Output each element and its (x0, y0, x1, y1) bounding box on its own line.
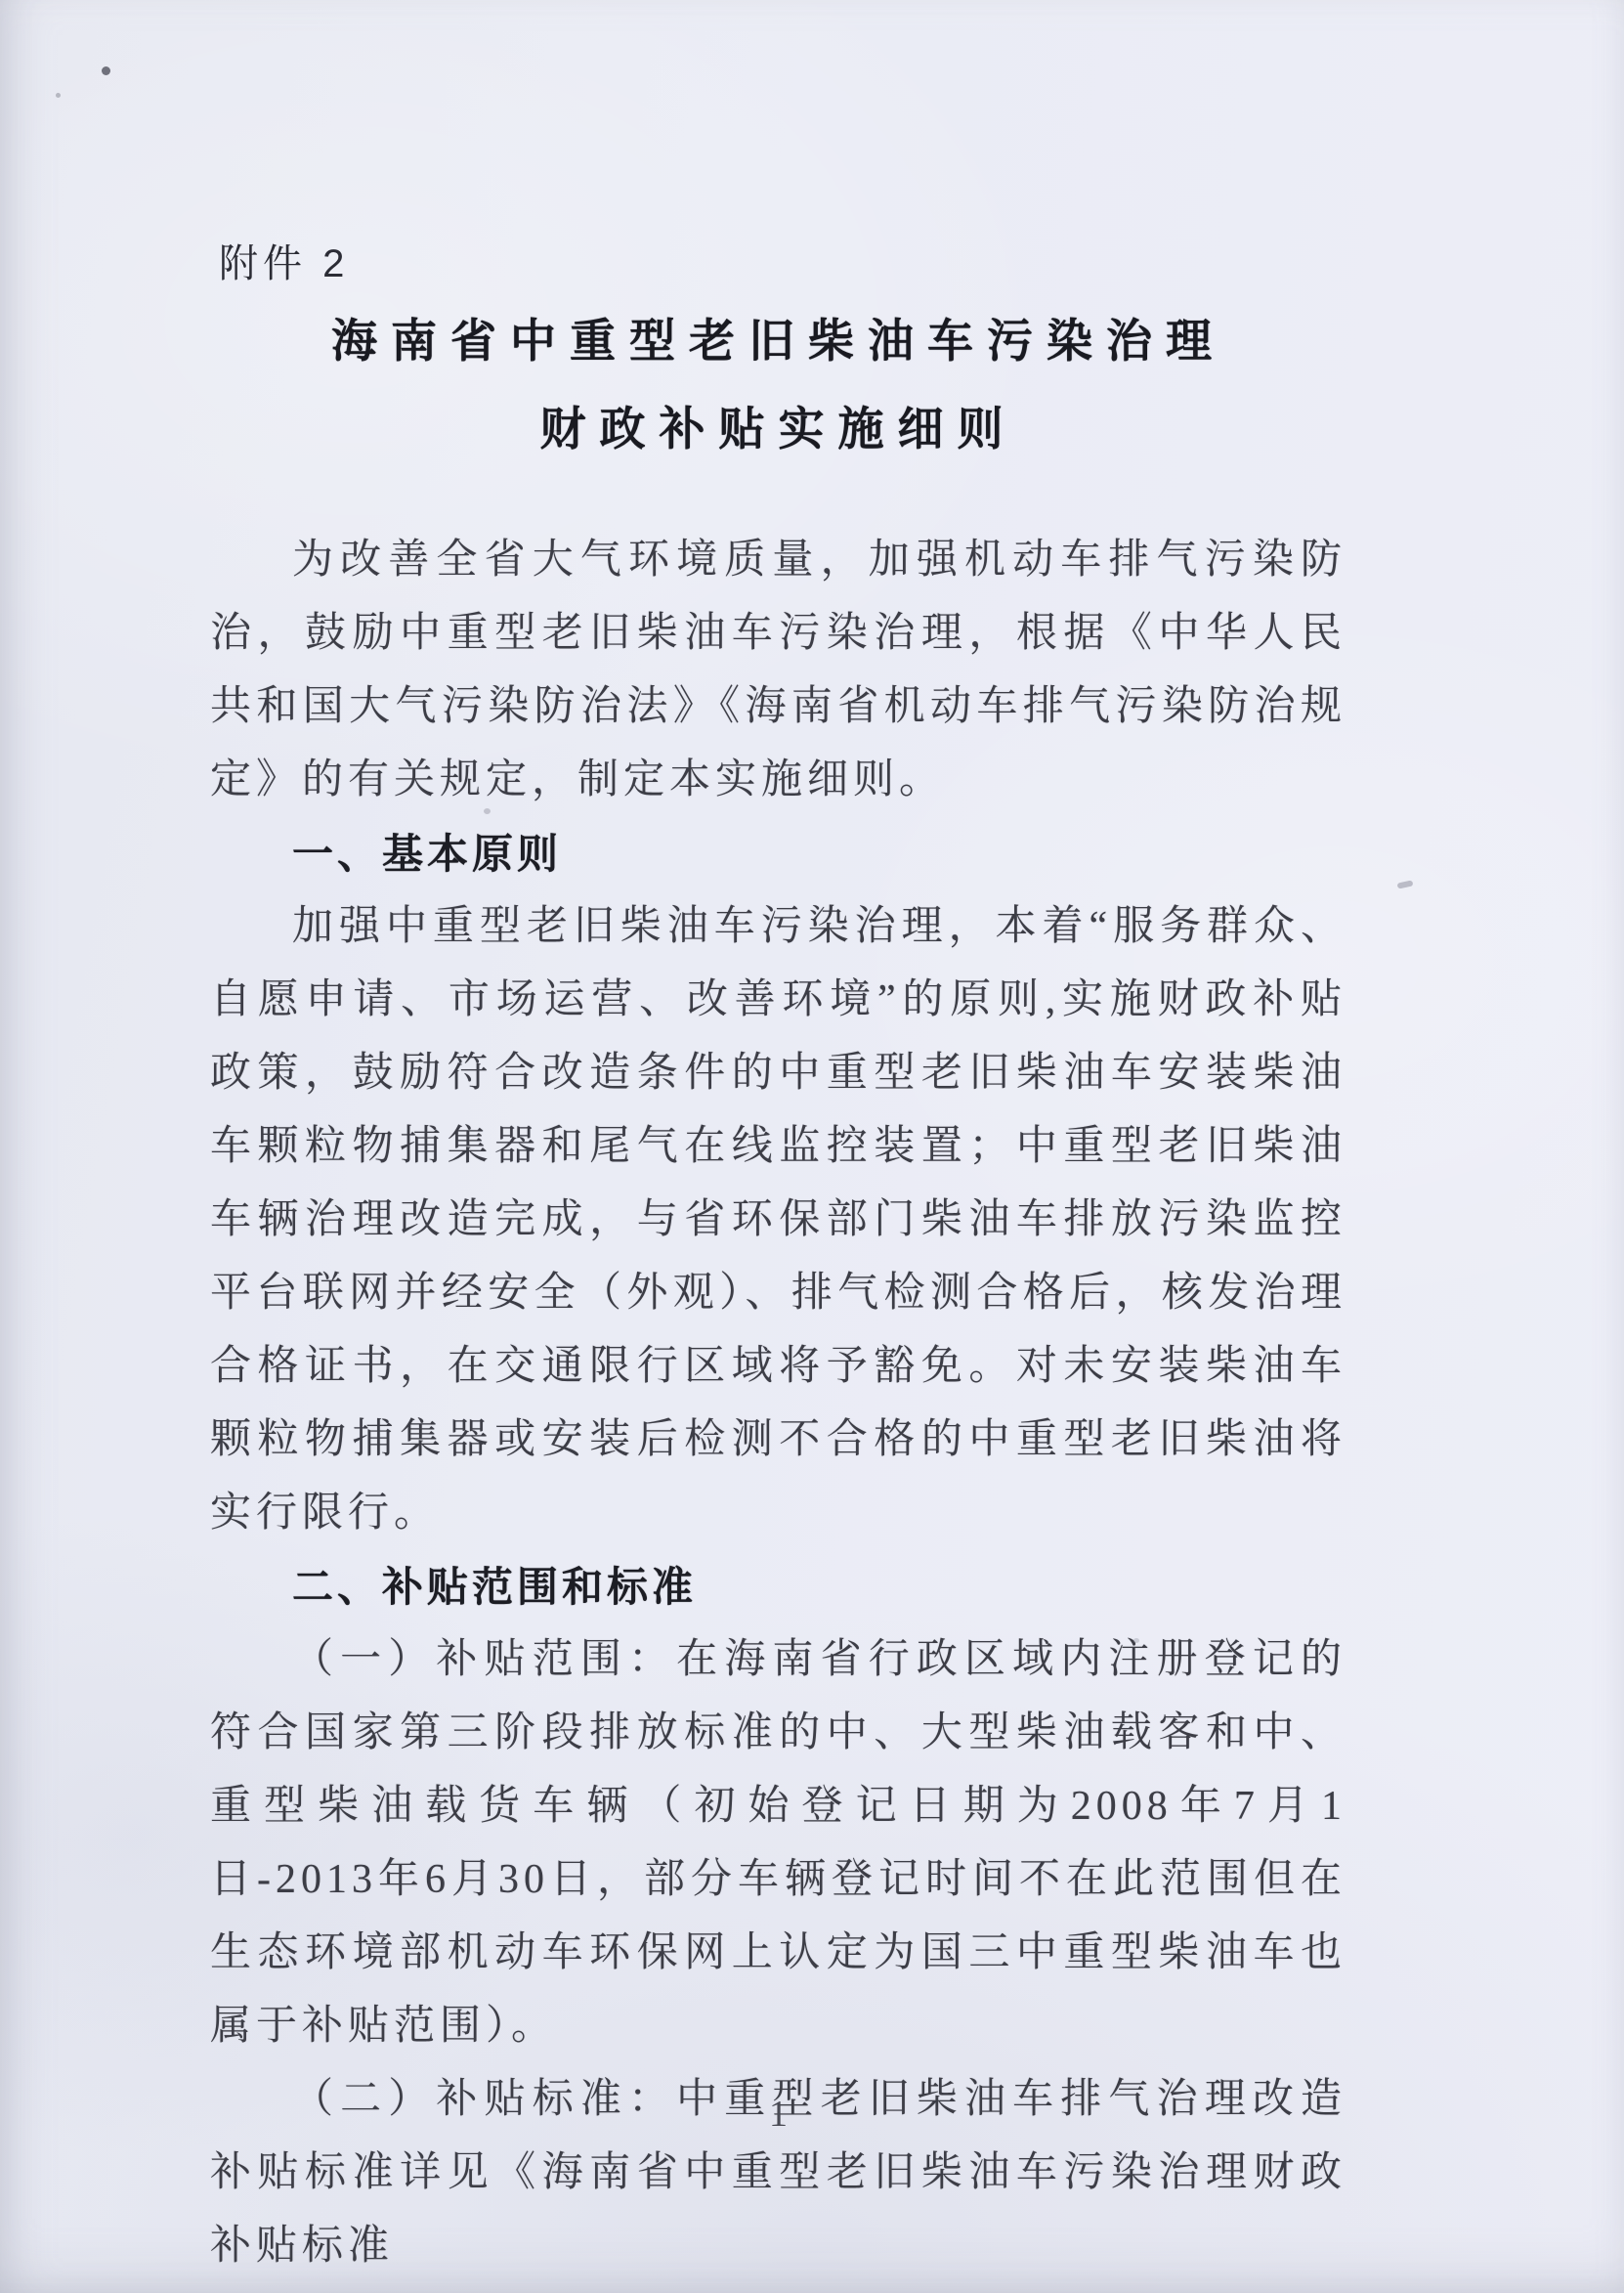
scan-speck (1397, 880, 1414, 888)
paragraph-subsidy-scope: （一）补贴范围：在海南省行政区域内注册登记的符合国家第三阶段排放标准的中、大型柴… (210, 1623, 1346, 2063)
section-heading-basic-principles: 一、基本原则 (210, 817, 1346, 890)
paragraph-basic-principles: 加强中重型老旧柴油车污染治理，本着“服务群众、自愿申请、市场运营、改善环境”的原… (210, 890, 1346, 1550)
document-title-line-2: 财政补贴实施细则 (210, 385, 1346, 473)
page-number: 1 (210, 2092, 1346, 2137)
document-title-line-1: 海南省中重型老旧柴油车污染治理 (210, 297, 1346, 385)
scanned-document-page: 附件 2 海南省中重型老旧柴油车污染治理 财政补贴实施细则 为改善全省大气环境质… (0, 0, 1624, 2293)
section-heading-subsidy-scope: 二、补贴范围和标准 (210, 1550, 1346, 1623)
scan-speck (102, 66, 110, 75)
document-body: 为改善全省大气环境质量，加强机动车排气污染防治，鼓励中重型老旧柴油车污染治理，根… (210, 524, 1346, 2283)
scan-speck (56, 93, 61, 98)
attachment-label: 附件 2 (219, 240, 349, 287)
paragraph-intro: 为改善全省大气环境质量，加强机动车排气污染防治，鼓励中重型老旧柴油车污染治理，根… (210, 524, 1346, 817)
document-title: 海南省中重型老旧柴油车污染治理 财政补贴实施细则 (210, 297, 1346, 473)
